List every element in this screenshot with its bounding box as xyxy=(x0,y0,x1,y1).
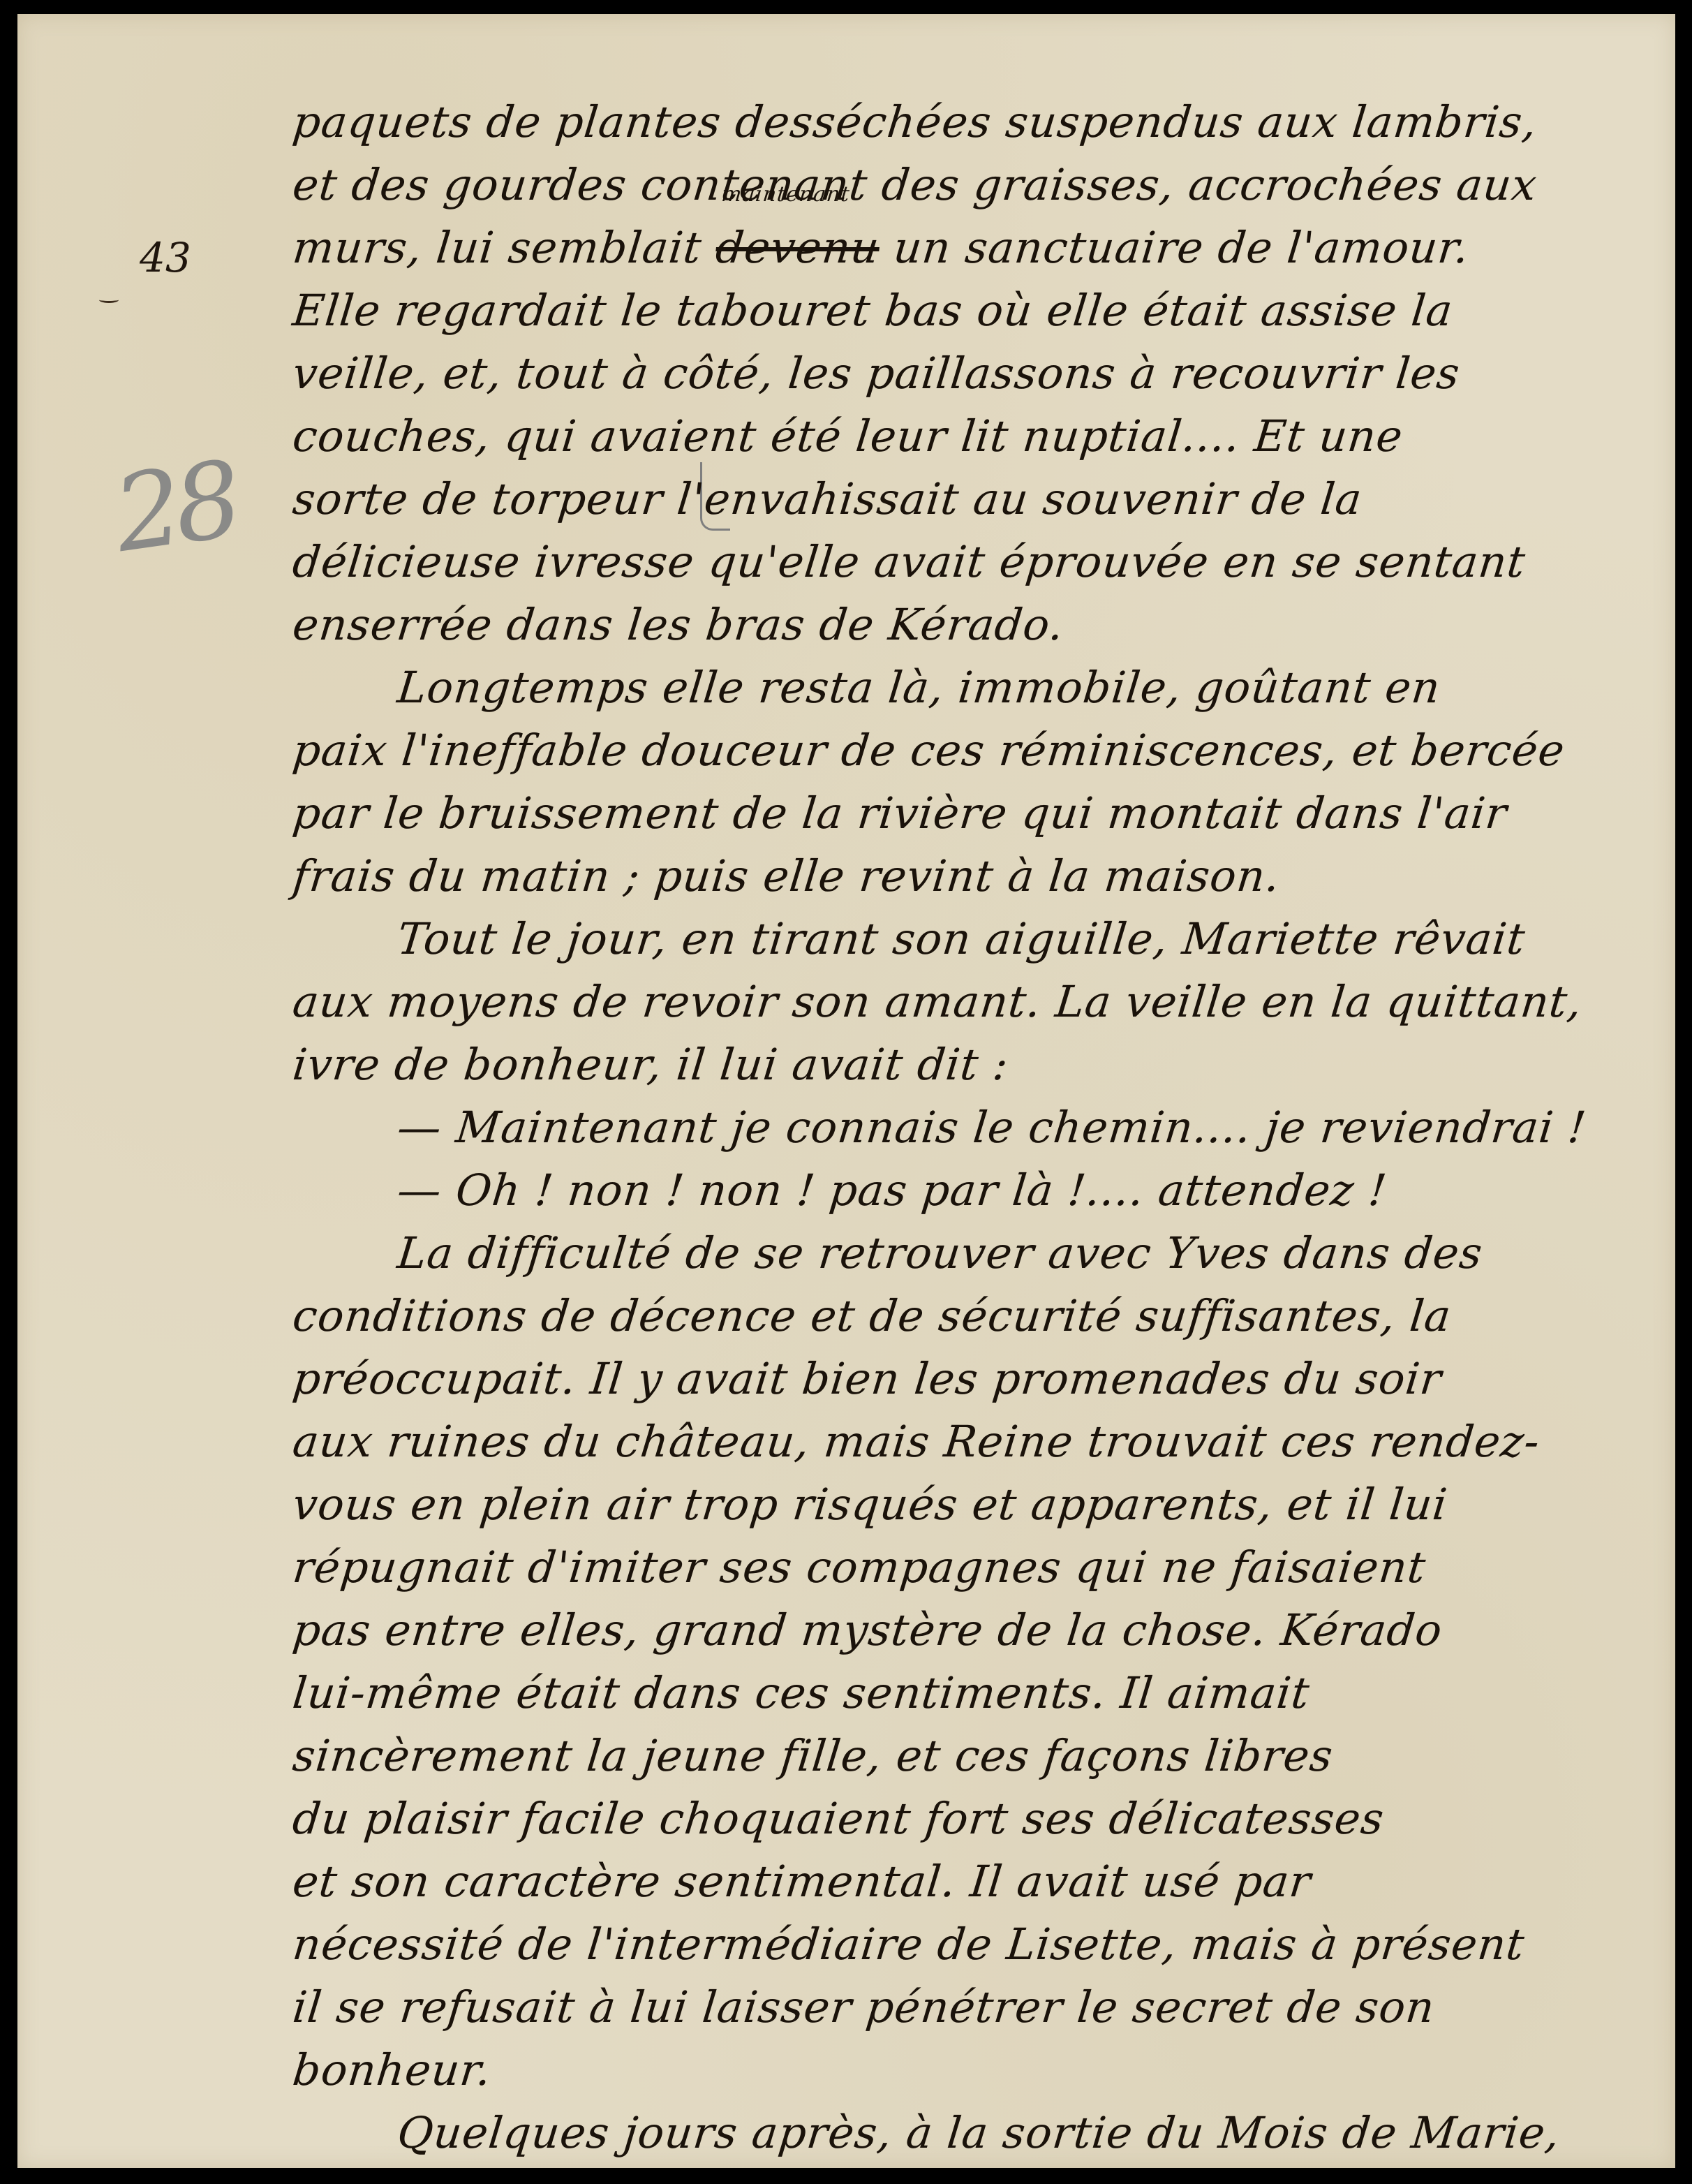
text-fragment: un sanctuaire de l'amour. xyxy=(877,222,1472,273)
manuscript-text: paquets de plantes desséchées suspendus … xyxy=(290,91,1658,2164)
text-line: aux moyens de revoir son amant. La veill… xyxy=(290,971,1664,1033)
pencil-folio-number: 28 xyxy=(107,439,242,576)
text-line: bonheur. xyxy=(290,2039,1664,2102)
text-line-with-correction: murs, lui semblait maintenantdevenu un s… xyxy=(290,216,1664,279)
text-line: délicieuse ivresse qu'elle avait éprouvé… xyxy=(290,531,1664,593)
correction: maintenantdevenu xyxy=(713,216,882,279)
text-line: pas entre elles, grand mystère de la cho… xyxy=(290,1599,1664,1662)
text-line: paix l'ineffable douceur de ces réminisc… xyxy=(290,719,1664,782)
text-line: vous en plein air trop risqués et appare… xyxy=(290,1473,1664,1536)
text-line: nécessité de l'intermédiaire de Lisette,… xyxy=(290,1913,1664,1976)
dialogue-line: — Maintenant je connais le chemin.... je… xyxy=(290,1096,1664,1159)
text-line: répugnait d'imiter ses compagnes qui ne … xyxy=(290,1536,1664,1599)
text-line: sincèrement la jeune fille, et ces façon… xyxy=(290,1725,1664,1787)
text-line: il se refusait à lui laisser pénétrer le… xyxy=(290,1976,1664,2039)
text-line: et son caractère sentimental. Il avait u… xyxy=(290,1850,1664,1913)
page-number: 43 xyxy=(140,234,191,281)
text-line: sorte de torpeur l'envahissait au souven… xyxy=(290,468,1664,531)
text-line: du plaisir facile choquaient fort ses dé… xyxy=(290,1787,1664,1850)
text-line: ivre de bonheur, il lui avait dit : xyxy=(290,1033,1664,1096)
interlinear-insertion: maintenant xyxy=(720,184,851,205)
text-line: enserrée dans les bras de Kérado. xyxy=(290,593,1664,656)
text-line: paquets de plantes desséchées suspendus … xyxy=(290,91,1664,154)
text-fragment: murs, lui semblait xyxy=(290,222,719,273)
text-line: veille, et, tout à côté, les paillassons… xyxy=(290,342,1664,405)
dialogue-line: — Oh ! non ! non ! pas par là !.... atte… xyxy=(290,1159,1664,1222)
margin-tick-mark xyxy=(99,297,119,303)
text-line: frais du matin ; puis elle revint à la m… xyxy=(290,845,1664,908)
text-line: et des gourdes contenant des graisses, a… xyxy=(290,154,1664,216)
text-line: conditions de décence et de sécurité suf… xyxy=(290,1285,1664,1348)
text-line: Elle regardait le tabouret bas où elle é… xyxy=(290,279,1664,342)
paragraph-start-line: Longtemps elle resta là, immobile, goûta… xyxy=(290,656,1664,719)
struck-word: devenu xyxy=(713,222,882,273)
text-line: lui-même était dans ces sentiments. Il a… xyxy=(290,1662,1664,1725)
text-line: par le bruissement de la rivière qui mon… xyxy=(290,782,1664,845)
paragraph-start-line: Quelques jours après, à la sortie du Moi… xyxy=(290,2102,1664,2164)
text-line: préoccupait. Il y avait bien les promena… xyxy=(290,1348,1664,1410)
paragraph-start-line: Tout le jour, en tirant son aiguille, Ma… xyxy=(290,908,1664,971)
text-line: couches, qui avaient été leur lit nuptia… xyxy=(290,405,1664,468)
paragraph-start-line: La difficulté de se retrouver avec Yves … xyxy=(290,1222,1664,1285)
text-line: aux ruines du château, mais Reine trouva… xyxy=(290,1410,1664,1473)
